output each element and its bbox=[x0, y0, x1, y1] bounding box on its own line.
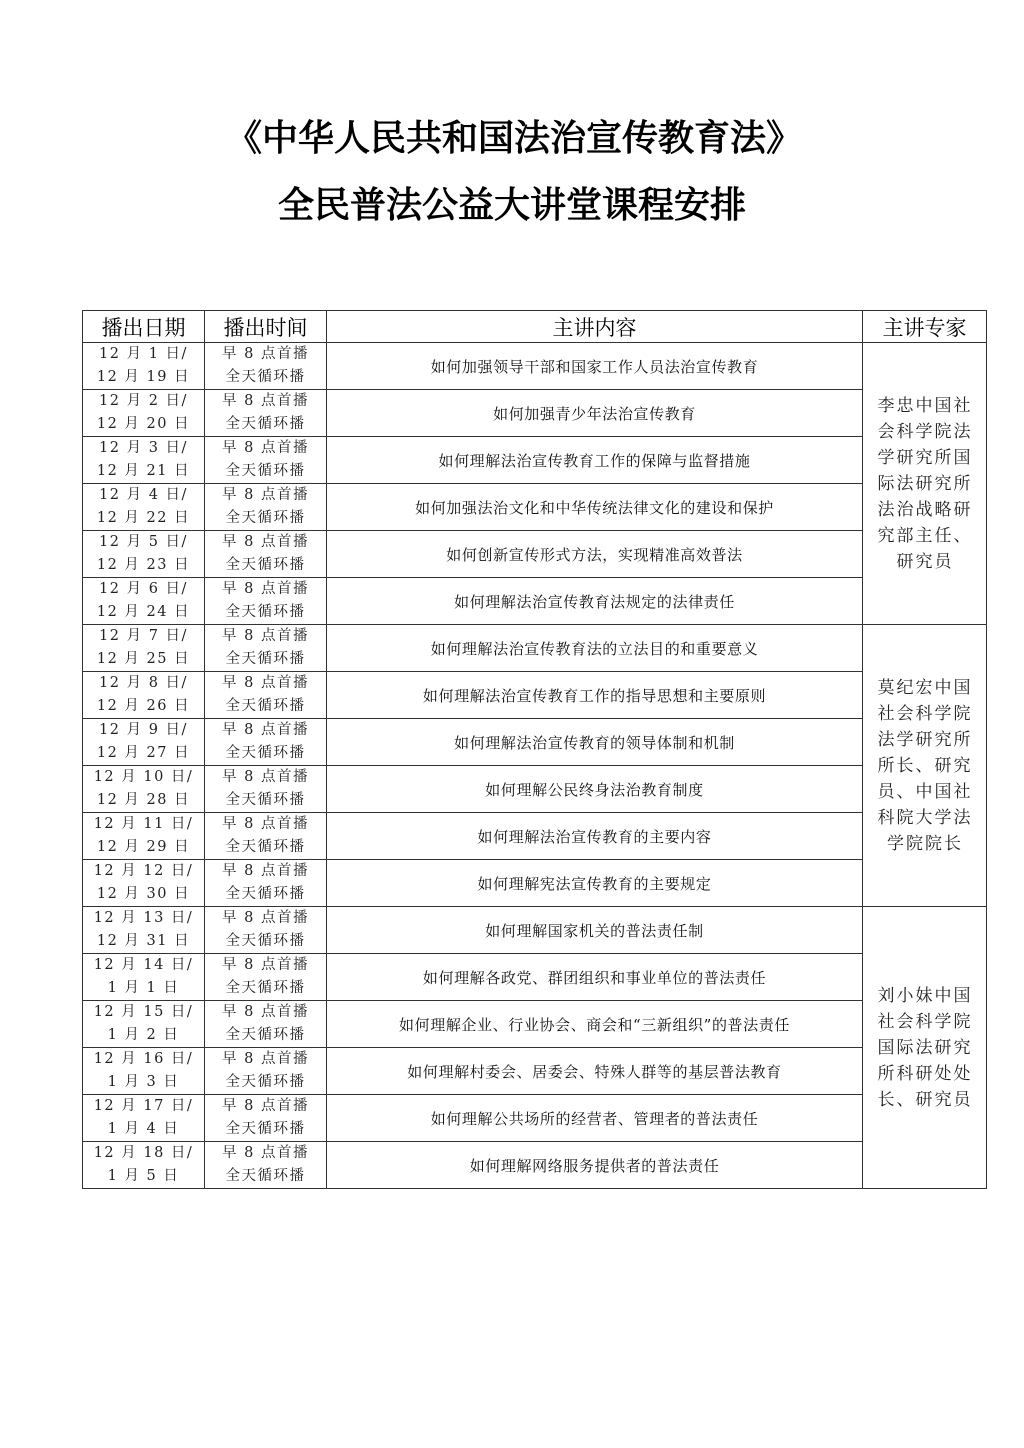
broadcast-date-cell: 12 月 5 日/12 月 23 日 bbox=[83, 531, 205, 578]
loop-broadcast: 全天循环播 bbox=[205, 977, 326, 1000]
header-lecturer: 主讲专家 bbox=[863, 311, 987, 343]
lecture-topic-cell: 如何加强领导干部和国家工作人员法治宣传教育 bbox=[327, 343, 863, 390]
rebroadcast-date: 12 月 20 日 bbox=[83, 413, 204, 436]
rebroadcast-date: 12 月 21 日 bbox=[83, 460, 204, 483]
lecture-topic-cell: 如何理解法治宣传教育法的立法目的和重要意义 bbox=[327, 625, 863, 672]
first-broadcast-date: 12 月 16 日/ bbox=[83, 1048, 204, 1071]
rebroadcast-date: 1 月 2 日 bbox=[83, 1024, 204, 1047]
premiere-time: 早 8 点首播 bbox=[205, 860, 326, 883]
loop-broadcast: 全天循环播 bbox=[205, 836, 326, 859]
broadcast-date-cell: 12 月 13 日/12 月 31 日 bbox=[83, 907, 205, 954]
lecturer-cell: 刘小妹中国社会科学院国际法研究所科研处处长、研究员 bbox=[863, 907, 987, 1189]
broadcast-date-cell: 12 月 7 日/12 月 25 日 bbox=[83, 625, 205, 672]
first-broadcast-date: 12 月 7 日/ bbox=[83, 625, 204, 648]
premiere-time: 早 8 点首播 bbox=[205, 1001, 326, 1024]
lecture-topic-cell: 如何理解宪法宣传教育的主要规定 bbox=[327, 860, 863, 907]
lecture-topic-cell: 如何加强青少年法治宣传教育 bbox=[327, 390, 863, 437]
loop-broadcast: 全天循环播 bbox=[205, 930, 326, 953]
broadcast-time-cell: 早 8 点首播全天循环播 bbox=[205, 860, 327, 907]
first-broadcast-date: 12 月 14 日/ bbox=[83, 954, 204, 977]
premiere-time: 早 8 点首播 bbox=[205, 625, 326, 648]
table-row: 12 月 17 日/1 月 4 日早 8 点首播全天循环播如何理解公共场所的经营… bbox=[83, 1095, 987, 1142]
broadcast-time-cell: 早 8 点首播全天循环播 bbox=[205, 343, 327, 390]
first-broadcast-date: 12 月 3 日/ bbox=[83, 437, 204, 460]
course-schedule-table: 播出日期 播出时间 主讲内容 主讲专家 12 月 1 日/12 月 19 日早 … bbox=[82, 310, 987, 1189]
premiere-time: 早 8 点首播 bbox=[205, 578, 326, 601]
broadcast-date-cell: 12 月 12 日/12 月 30 日 bbox=[83, 860, 205, 907]
broadcast-time-cell: 早 8 点首播全天循环播 bbox=[205, 390, 327, 437]
broadcast-time-cell: 早 8 点首播全天循环播 bbox=[205, 954, 327, 1001]
lecturer-name-title: 莫纪宏中国社会科学院法学研究所所长、研究员、中国社科院大学法学院院长 bbox=[871, 675, 979, 857]
premiere-time: 早 8 点首播 bbox=[205, 672, 326, 695]
table-row: 12 月 16 日/1 月 3 日早 8 点首播全天循环播如何理解村委会、居委会… bbox=[83, 1048, 987, 1095]
premiere-time: 早 8 点首播 bbox=[205, 813, 326, 836]
table-row: 12 月 4 日/12 月 22 日早 8 点首播全天循环播如何加强法治文化和中… bbox=[83, 484, 987, 531]
lecture-topic-cell: 如何创新宣传形式方法，实现精准高效普法 bbox=[327, 531, 863, 578]
loop-broadcast: 全天循环播 bbox=[205, 883, 326, 906]
rebroadcast-date: 12 月 25 日 bbox=[83, 648, 204, 671]
table-row: 12 月 5 日/12 月 23 日早 8 点首播全天循环播如何创新宣传形式方法… bbox=[83, 531, 987, 578]
broadcast-date-cell: 12 月 2 日/12 月 20 日 bbox=[83, 390, 205, 437]
broadcast-time-cell: 早 8 点首播全天循环播 bbox=[205, 484, 327, 531]
rebroadcast-date: 12 月 29 日 bbox=[83, 836, 204, 859]
premiere-time: 早 8 点首播 bbox=[205, 1095, 326, 1118]
rebroadcast-date: 12 月 23 日 bbox=[83, 554, 204, 577]
loop-broadcast: 全天循环播 bbox=[205, 1165, 326, 1188]
premiere-time: 早 8 点首播 bbox=[205, 437, 326, 460]
lecture-topic-cell: 如何理解法治宣传教育的领导体制和机制 bbox=[327, 719, 863, 766]
broadcast-time-cell: 早 8 点首播全天循环播 bbox=[205, 766, 327, 813]
premiere-time: 早 8 点首播 bbox=[205, 343, 326, 366]
loop-broadcast: 全天循环播 bbox=[205, 366, 326, 389]
broadcast-time-cell: 早 8 点首播全天循环播 bbox=[205, 625, 327, 672]
loop-broadcast: 全天循环播 bbox=[205, 648, 326, 671]
loop-broadcast: 全天循环播 bbox=[205, 742, 326, 765]
lecture-topic-cell: 如何理解企业、行业协会、商会和“三新组织”的普法责任 bbox=[327, 1001, 863, 1048]
first-broadcast-date: 12 月 11 日/ bbox=[83, 813, 204, 836]
loop-broadcast: 全天循环播 bbox=[205, 601, 326, 624]
broadcast-time-cell: 早 8 点首播全天循环播 bbox=[205, 907, 327, 954]
rebroadcast-date: 12 月 24 日 bbox=[83, 601, 204, 624]
loop-broadcast: 全天循环播 bbox=[205, 507, 326, 530]
first-broadcast-date: 12 月 13 日/ bbox=[83, 907, 204, 930]
lecture-topic-cell: 如何理解各政党、群团组织和事业单位的普法责任 bbox=[327, 954, 863, 1001]
table-row: 12 月 13 日/12 月 31 日早 8 点首播全天循环播如何理解国家机关的… bbox=[83, 907, 987, 954]
lecturer-name-title: 刘小妹中国社会科学院国际法研究所科研处处长、研究员 bbox=[871, 983, 979, 1113]
lecturer-cell: 莫纪宏中国社会科学院法学研究所所长、研究员、中国社科院大学法学院院长 bbox=[863, 625, 987, 907]
broadcast-time-cell: 早 8 点首播全天循环播 bbox=[205, 672, 327, 719]
premiere-time: 早 8 点首播 bbox=[205, 719, 326, 742]
loop-broadcast: 全天循环播 bbox=[205, 554, 326, 577]
broadcast-time-cell: 早 8 点首播全天循环播 bbox=[205, 1095, 327, 1142]
premiere-time: 早 8 点首播 bbox=[205, 954, 326, 977]
table-body: 12 月 1 日/12 月 19 日早 8 点首播全天循环播如何加强领导干部和国… bbox=[83, 343, 987, 1189]
first-broadcast-date: 12 月 5 日/ bbox=[83, 531, 204, 554]
broadcast-time-cell: 早 8 点首播全天循环播 bbox=[205, 1142, 327, 1189]
broadcast-date-cell: 12 月 9 日/12 月 27 日 bbox=[83, 719, 205, 766]
broadcast-date-cell: 12 月 1 日/12 月 19 日 bbox=[83, 343, 205, 390]
first-broadcast-date: 12 月 2 日/ bbox=[83, 390, 204, 413]
broadcast-time-cell: 早 8 点首播全天循环播 bbox=[205, 813, 327, 860]
broadcast-date-cell: 12 月 16 日/1 月 3 日 bbox=[83, 1048, 205, 1095]
broadcast-time-cell: 早 8 点首播全天循环播 bbox=[205, 719, 327, 766]
lecture-topic-cell: 如何理解网络服务提供者的普法责任 bbox=[327, 1142, 863, 1189]
broadcast-time-cell: 早 8 点首播全天循环播 bbox=[205, 531, 327, 578]
lecture-topic-cell: 如何理解法治宣传教育法规定的法律责任 bbox=[327, 578, 863, 625]
table-row: 12 月 18 日/1 月 5 日早 8 点首播全天循环播如何理解网络服务提供者… bbox=[83, 1142, 987, 1189]
first-broadcast-date: 12 月 1 日/ bbox=[83, 343, 204, 366]
lecture-topic-cell: 如何理解法治宣传教育的主要内容 bbox=[327, 813, 863, 860]
table-row: 12 月 12 日/12 月 30 日早 8 点首播全天循环播如何理解宪法宣传教… bbox=[83, 860, 987, 907]
rebroadcast-date: 12 月 26 日 bbox=[83, 695, 204, 718]
table-row: 12 月 3 日/12 月 21 日早 8 点首播全天循环播如何理解法治宣传教育… bbox=[83, 437, 987, 484]
table-row: 12 月 2 日/12 月 20 日早 8 点首播全天循环播如何加强青少年法治宣… bbox=[83, 390, 987, 437]
header-broadcast-date: 播出日期 bbox=[83, 311, 205, 343]
table-row: 12 月 8 日/12 月 26 日早 8 点首播全天循环播如何理解法治宣传教育… bbox=[83, 672, 987, 719]
table-row: 12 月 14 日/1 月 1 日早 8 点首播全天循环播如何理解各政党、群团组… bbox=[83, 954, 987, 1001]
broadcast-date-cell: 12 月 14 日/1 月 1 日 bbox=[83, 954, 205, 1001]
table-header-row: 播出日期 播出时间 主讲内容 主讲专家 bbox=[83, 311, 987, 343]
broadcast-date-cell: 12 月 17 日/1 月 4 日 bbox=[83, 1095, 205, 1142]
broadcast-date-cell: 12 月 15 日/1 月 2 日 bbox=[83, 1001, 205, 1048]
first-broadcast-date: 12 月 10 日/ bbox=[83, 766, 204, 789]
lecture-topic-cell: 如何加强法治文化和中华传统法律文化的建设和保护 bbox=[327, 484, 863, 531]
premiere-time: 早 8 点首播 bbox=[205, 1048, 326, 1071]
broadcast-date-cell: 12 月 18 日/1 月 5 日 bbox=[83, 1142, 205, 1189]
rebroadcast-date: 1 月 3 日 bbox=[83, 1071, 204, 1094]
loop-broadcast: 全天循环播 bbox=[205, 789, 326, 812]
table-row: 12 月 1 日/12 月 19 日早 8 点首播全天循环播如何加强领导干部和国… bbox=[83, 343, 987, 390]
broadcast-time-cell: 早 8 点首播全天循环播 bbox=[205, 1048, 327, 1095]
broadcast-date-cell: 12 月 4 日/12 月 22 日 bbox=[83, 484, 205, 531]
loop-broadcast: 全天循环播 bbox=[205, 1024, 326, 1047]
premiere-time: 早 8 点首播 bbox=[205, 531, 326, 554]
loop-broadcast: 全天循环播 bbox=[205, 1118, 326, 1141]
header-lecture-content: 主讲内容 bbox=[327, 311, 863, 343]
rebroadcast-date: 1 月 5 日 bbox=[83, 1165, 204, 1188]
loop-broadcast: 全天循环播 bbox=[205, 413, 326, 436]
rebroadcast-date: 1 月 1 日 bbox=[83, 977, 204, 1000]
table-row: 12 月 15 日/1 月 2 日早 8 点首播全天循环播如何理解企业、行业协会… bbox=[83, 1001, 987, 1048]
rebroadcast-date: 12 月 31 日 bbox=[83, 930, 204, 953]
header-broadcast-time: 播出时间 bbox=[205, 311, 327, 343]
lecture-topic-cell: 如何理解法治宣传教育工作的指导思想和主要原则 bbox=[327, 672, 863, 719]
first-broadcast-date: 12 月 17 日/ bbox=[83, 1095, 204, 1118]
broadcast-date-cell: 12 月 3 日/12 月 21 日 bbox=[83, 437, 205, 484]
first-broadcast-date: 12 月 8 日/ bbox=[83, 672, 204, 695]
table-row: 12 月 11 日/12 月 29 日早 8 点首播全天循环播如何理解法治宣传教… bbox=[83, 813, 987, 860]
title-line-schedule: 全民普法公益大讲堂课程安排 bbox=[0, 185, 1024, 225]
loop-broadcast: 全天循环播 bbox=[205, 460, 326, 483]
rebroadcast-date: 12 月 19 日 bbox=[83, 366, 204, 389]
rebroadcast-date: 1 月 4 日 bbox=[83, 1118, 204, 1141]
premiere-time: 早 8 点首播 bbox=[205, 1142, 326, 1165]
lecturer-name-title: 李忠中国社会科学院法学研究所国际法研究所法治战略研究部主任、研究员 bbox=[871, 393, 979, 575]
lecture-topic-cell: 如何理解村委会、居委会、特殊人群等的基层普法教育 bbox=[327, 1048, 863, 1095]
lecture-topic-cell: 如何理解公民终身法治教育制度 bbox=[327, 766, 863, 813]
first-broadcast-date: 12 月 4 日/ bbox=[83, 484, 204, 507]
broadcast-date-cell: 12 月 8 日/12 月 26 日 bbox=[83, 672, 205, 719]
first-broadcast-date: 12 月 9 日/ bbox=[83, 719, 204, 742]
broadcast-time-cell: 早 8 点首播全天循环播 bbox=[205, 578, 327, 625]
table-row: 12 月 6 日/12 月 24 日早 8 点首播全天循环播如何理解法治宣传教育… bbox=[83, 578, 987, 625]
first-broadcast-date: 12 月 12 日/ bbox=[83, 860, 204, 883]
rebroadcast-date: 12 月 30 日 bbox=[83, 883, 204, 906]
premiere-time: 早 8 点首播 bbox=[205, 484, 326, 507]
lecture-topic-cell: 如何理解法治宣传教育工作的保障与监督措施 bbox=[327, 437, 863, 484]
premiere-time: 早 8 点首播 bbox=[205, 390, 326, 413]
table-row: 12 月 10 日/12 月 28 日早 8 点首播全天循环播如何理解公民终身法… bbox=[83, 766, 987, 813]
rebroadcast-date: 12 月 22 日 bbox=[83, 507, 204, 530]
document-title: 《中华人民共和国法治宣传教育法》 全民普法公益大讲堂课程安排 bbox=[0, 118, 1024, 225]
first-broadcast-date: 12 月 15 日/ bbox=[83, 1001, 204, 1024]
broadcast-time-cell: 早 8 点首播全天循环播 bbox=[205, 437, 327, 484]
loop-broadcast: 全天循环播 bbox=[205, 1071, 326, 1094]
rebroadcast-date: 12 月 27 日 bbox=[83, 742, 204, 765]
lecture-topic-cell: 如何理解公共场所的经营者、管理者的普法责任 bbox=[327, 1095, 863, 1142]
table-row: 12 月 7 日/12 月 25 日早 8 点首播全天循环播如何理解法治宣传教育… bbox=[83, 625, 987, 672]
title-line-law-name: 《中华人民共和国法治宣传教育法》 bbox=[4, 118, 1024, 158]
broadcast-date-cell: 12 月 6 日/12 月 24 日 bbox=[83, 578, 205, 625]
broadcast-time-cell: 早 8 点首播全天循环播 bbox=[205, 1001, 327, 1048]
broadcast-date-cell: 12 月 10 日/12 月 28 日 bbox=[83, 766, 205, 813]
rebroadcast-date: 12 月 28 日 bbox=[83, 789, 204, 812]
premiere-time: 早 8 点首播 bbox=[205, 907, 326, 930]
lecture-topic-cell: 如何理解国家机关的普法责任制 bbox=[327, 907, 863, 954]
loop-broadcast: 全天循环播 bbox=[205, 695, 326, 718]
table-row: 12 月 9 日/12 月 27 日早 8 点首播全天循环播如何理解法治宣传教育… bbox=[83, 719, 987, 766]
lecturer-cell: 李忠中国社会科学院法学研究所国际法研究所法治战略研究部主任、研究员 bbox=[863, 343, 987, 625]
premiere-time: 早 8 点首播 bbox=[205, 766, 326, 789]
first-broadcast-date: 12 月 6 日/ bbox=[83, 578, 204, 601]
first-broadcast-date: 12 月 18 日/ bbox=[83, 1142, 204, 1165]
broadcast-date-cell: 12 月 11 日/12 月 29 日 bbox=[83, 813, 205, 860]
